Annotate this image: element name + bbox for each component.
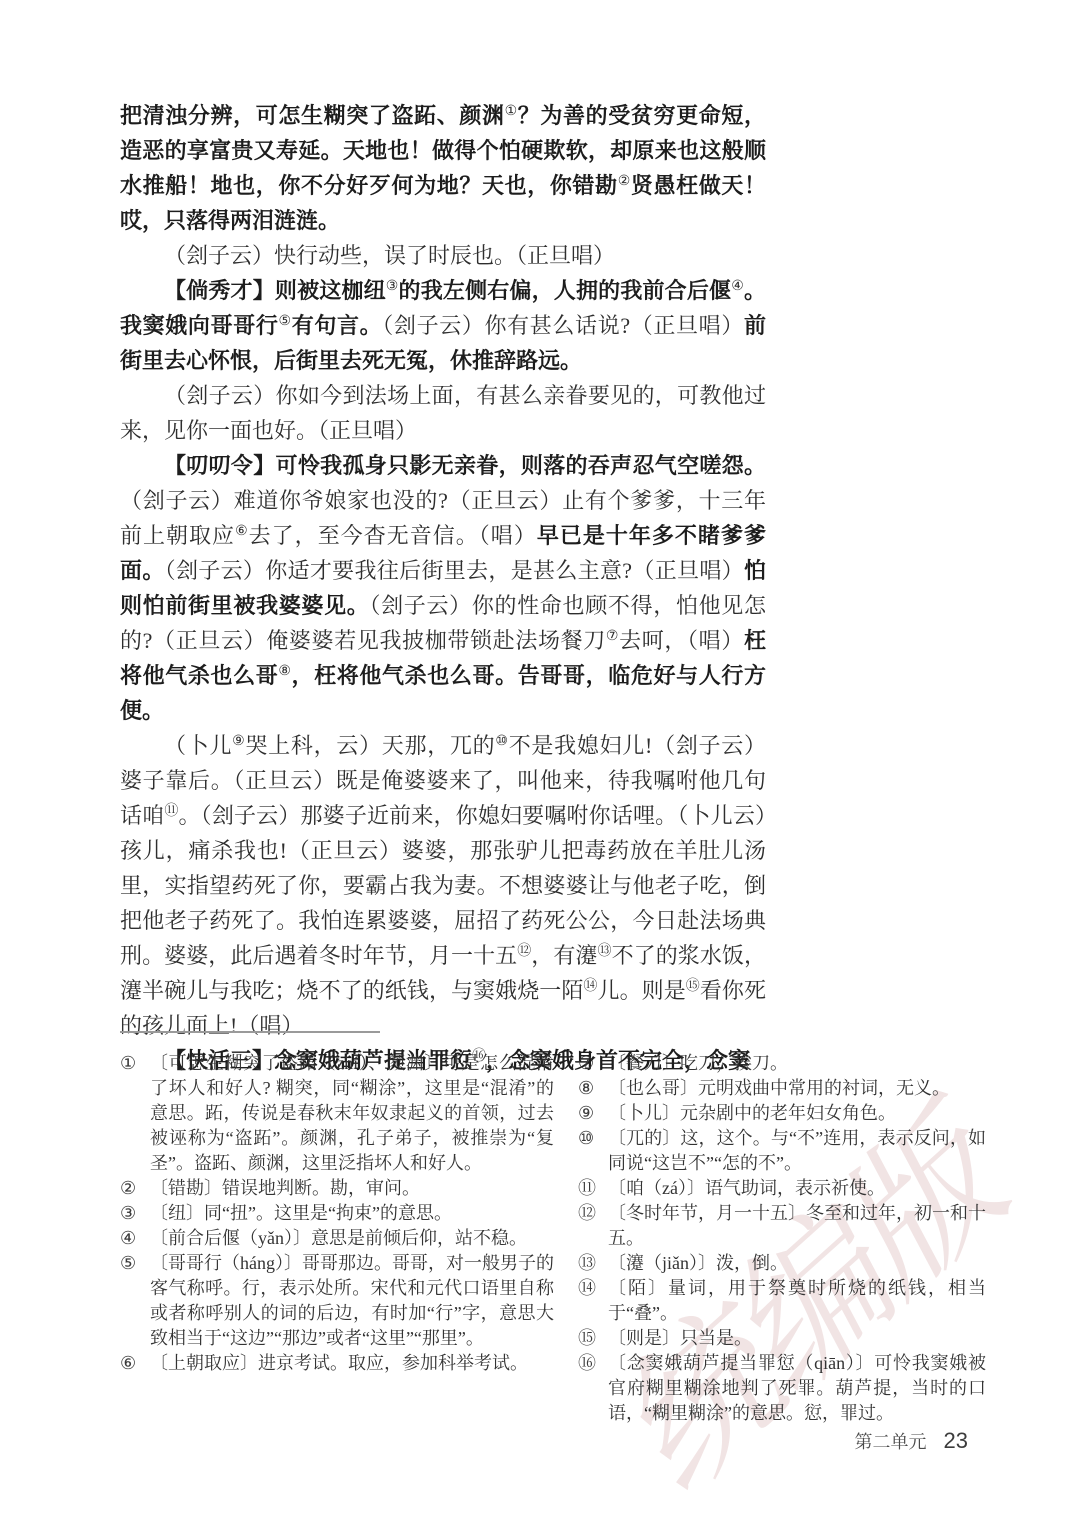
footnote-text: 〔可怎生糊突了盗跖（zhí）、颜渊〕可是怎么混淆了坏人和好人? 糊突，同“糊涂”… xyxy=(150,1053,554,1173)
footnote-number: ⑧ xyxy=(578,1076,594,1101)
footnote-number: ⑭ xyxy=(578,1276,596,1301)
footnote-number: ⑮ xyxy=(578,1326,596,1351)
footnote-ref: ② xyxy=(618,174,631,189)
footnote-number: ⑬ xyxy=(578,1251,596,1276)
page-number: 23 xyxy=(944,1428,968,1454)
footnote-number: ⑩ xyxy=(578,1126,594,1151)
footnote-ref: ③ xyxy=(386,279,399,294)
page: { "main_text": { "paragraphs": [ { "inde… xyxy=(0,0,1080,1527)
footnote-item: ⑪〔咱（zá）〕语气助词，表示祈使。 xyxy=(578,1176,986,1201)
text-segment: （刽子云）你如今到法场上面，有甚么亲眷要见的，可教他过来，见你一面也好。（正旦唱… xyxy=(120,383,766,443)
text-segment: 儿。则是 xyxy=(598,978,686,1003)
unit-label: 第二单元 xyxy=(855,1428,927,1454)
footnote-number: ⑪ xyxy=(578,1176,596,1201)
footnote-text: 〔前合后偃（yǎn）〕意思是前倾后仰，站不稳。 xyxy=(150,1228,527,1248)
footnote-item: ②〔错勘〕错误地判断。勘，审问。 xyxy=(120,1176,554,1201)
footnote-item: ①〔可怎生糊突了盗跖（zhí）、颜渊〕可是怎么混淆了坏人和好人? 糊突，同“糊涂… xyxy=(120,1051,554,1176)
footnote-column-left: ①〔可怎生糊突了盗跖（zhí）、颜渊〕可是怎么混淆了坏人和好人? 糊突，同“糊涂… xyxy=(120,1051,554,1426)
page-footer: 第二单元 23 xyxy=(855,1428,968,1454)
text-segment: 有句言。 xyxy=(292,313,383,338)
footnote-ref: ① xyxy=(505,104,518,119)
footnote-text: 〔纽〕同“扭”。这里是“拘束”的意思。 xyxy=(150,1203,452,1223)
text-segment: （刽子云）你有甚么话说?（正旦唱） xyxy=(382,313,744,338)
footnote-item: ④〔前合后偃（yǎn）〕意思是前倾后仰，站不稳。 xyxy=(120,1226,554,1251)
footnote-text: 〔哥哥行（háng）〕哥哥那边。哥哥，对一般男子的客气称呼。行，表示处所。宋代和… xyxy=(150,1253,554,1348)
text-segment: （卜儿 xyxy=(164,733,232,758)
footnote-text: 〔兀的〕这，这个。与“不”连用，表示反问，如同说“这岂不”“怎的不”。 xyxy=(608,1128,986,1173)
text-segment: 【叨叨令】可怜我孤身只影无亲眷，则落的吞声忍气空嗟怨。 xyxy=(164,453,766,478)
paragraph: （卜儿⑨哭上科，云）天那，兀的⑩不是我媳妇儿!（刽子云）婆子靠后。（正旦云）既是… xyxy=(120,728,766,1043)
footnote-text: 〔冬时年节，月一十五〕冬至和过年，初一和十五。 xyxy=(608,1203,986,1248)
footnote-number: ⑯ xyxy=(578,1351,596,1376)
footnote-item: ③〔纽〕同“扭”。这里是“拘束”的意思。 xyxy=(120,1201,554,1226)
paragraph: （刽子云）你如今到法场上面，有甚么亲眷要见的，可教他过来，见你一面也好。（正旦唱… xyxy=(120,378,766,448)
footnote-item: ⑨〔卜儿〕元杂剧中的老年妇女角色。 xyxy=(578,1101,986,1126)
footnote-item: ⑬〔瀽（jiǎn）〕泼，倒。 xyxy=(578,1251,986,1276)
footnotes: ①〔可怎生糊突了盗跖（zhí）、颜渊〕可是怎么混淆了坏人和好人? 糊突，同“糊涂… xyxy=(120,1051,986,1426)
footnote-item: ⑫〔冬时年节，月一十五〕冬至和过年，初一和十五。 xyxy=(578,1201,986,1251)
footnote-ref: ⑤ xyxy=(279,314,292,329)
footnote-text: 〔错勘〕错误地判断。勘，审问。 xyxy=(150,1178,420,1198)
footnote-item: ⑩〔兀的〕这，这个。与“不”连用，表示反问，如同说“这岂不”“怎的不”。 xyxy=(578,1126,986,1176)
paragraph: （刽子云）快行动些，误了时辰也。（正旦唱） xyxy=(120,238,766,273)
footnote-item: ⑦〔餐刀〕吃刀，挨刀。 xyxy=(578,1051,986,1076)
footnote-text: 〔瀽（jiǎn）〕泼，倒。 xyxy=(608,1253,788,1273)
footnote-ref: ④ xyxy=(731,279,744,294)
footnote-number: ⑫ xyxy=(578,1201,596,1226)
footnote-separator xyxy=(120,1031,380,1033)
text-segment: 去呵，（唱） xyxy=(619,628,744,653)
footnote-text: 〔则是〕只当是。 xyxy=(608,1328,752,1348)
footnote-column-right: ⑦〔餐刀〕吃刀，挨刀。⑧〔也么哥〕元明戏曲中常用的衬词，无义。⑨〔卜儿〕元杂剧中… xyxy=(578,1051,986,1426)
footnote-number: ④ xyxy=(120,1226,136,1251)
footnote-text: 〔也么哥〕元明戏曲中常用的衬词，无义。 xyxy=(608,1078,950,1098)
footnote-ref: ⑭ xyxy=(583,979,597,994)
paragraph: 把清浊分辨，可怎生糊突了盗跖、颜渊①？为善的受贫穷更命短，造恶的享富贵又寿延。天… xyxy=(120,98,766,238)
footnote-ref: ⑩ xyxy=(495,734,508,749)
footnote-ref: ⑪ xyxy=(164,804,178,819)
footnote-text: 〔卜儿〕元杂剧中的老年妇女角色。 xyxy=(608,1103,896,1123)
footnote-item: ⑥〔上朝取应〕进京考试。取应，参加科举考试。 xyxy=(120,1351,554,1376)
footnote-ref: ⑧ xyxy=(278,664,291,679)
main-text: 把清浊分辨，可怎生糊突了盗跖、颜渊①？为善的受贫穷更命短，造恶的享富贵又寿延。天… xyxy=(120,98,766,1078)
footnote-ref: ⑮ xyxy=(686,979,700,994)
footnote-ref: ⑦ xyxy=(606,629,619,644)
footnote-ref: ⑥ xyxy=(235,524,249,539)
footnote-text: 〔餐刀〕吃刀，挨刀。 xyxy=(608,1053,788,1073)
text-segment: 把清浊分辨，可怎生糊突了盗跖、颜渊 xyxy=(120,103,505,128)
footnote-number: ⑥ xyxy=(120,1351,136,1376)
text-segment: 去了，至今杳无音信。（唱） xyxy=(249,523,537,548)
text-segment: （刽子云）你适才要我往后街里去，是甚么主意?（正旦唱） xyxy=(165,558,744,583)
footnote-number: ⑨ xyxy=(578,1101,594,1126)
text-segment: ，有瀽 xyxy=(531,943,597,968)
footnote-number: ③ xyxy=(120,1201,136,1226)
footnote-text: 〔陌〕量词，用于祭奠时所烧的纸钱，相当于“叠”。 xyxy=(608,1278,986,1323)
text-segment: （刽子云）快行动些，误了时辰也。（正旦唱） xyxy=(164,243,615,268)
footnote-ref: ⑫ xyxy=(517,944,531,959)
footnote-item: ⑤〔哥哥行（háng）〕哥哥那边。哥哥，对一般男子的客气称呼。行，表示处所。宋代… xyxy=(120,1251,554,1351)
footnote-ref: ⑬ xyxy=(598,944,612,959)
footnote-text: 〔咱（zá）〕语气助词，表示祈使。 xyxy=(608,1178,885,1198)
text-segment: 【倘秀才】则被这枷纽 xyxy=(164,278,386,303)
footnote-item: ⑧〔也么哥〕元明戏曲中常用的衬词，无义。 xyxy=(578,1076,986,1101)
footnote-text: 〔念窦娥葫芦提当罪愆（qiān）〕可怜我窦娥被官府糊里糊涂地判了死罪。葫芦提，当… xyxy=(608,1353,986,1423)
text-segment: 哭上科，云）天那，兀的 xyxy=(245,733,495,758)
footnote-item: ⑯〔念窦娥葫芦提当罪愆（qiān）〕可怜我窦娥被官府糊里糊涂地判了死罪。葫芦提，… xyxy=(578,1351,986,1426)
paragraph: 【倘秀才】则被这枷纽③的我左侧右偏，人拥的我前合后偃④。我窦娥向哥哥行⑤有句言。… xyxy=(120,273,766,378)
footnote-item: ⑭〔陌〕量词，用于祭奠时所烧的纸钱，相当于“叠”。 xyxy=(578,1276,986,1326)
paragraph: 【叨叨令】可怜我孤身只影无亲眷，则落的吞声忍气空嗟怨。（刽子云）难道你爷娘家也没… xyxy=(120,448,766,728)
footnote-text: 〔上朝取应〕进京考试。取应，参加科举考试。 xyxy=(150,1353,528,1373)
footnote-number: ② xyxy=(120,1176,136,1201)
text-segment: 的我左侧右偏，人拥的我前合后偃 xyxy=(399,278,732,303)
footnote-number: ① xyxy=(120,1051,136,1076)
footnote-number: ⑦ xyxy=(578,1051,594,1076)
footnote-item: ⑮〔则是〕只当是。 xyxy=(578,1326,986,1351)
footnote-ref: ⑨ xyxy=(232,734,245,749)
footnote-number: ⑤ xyxy=(120,1251,136,1276)
